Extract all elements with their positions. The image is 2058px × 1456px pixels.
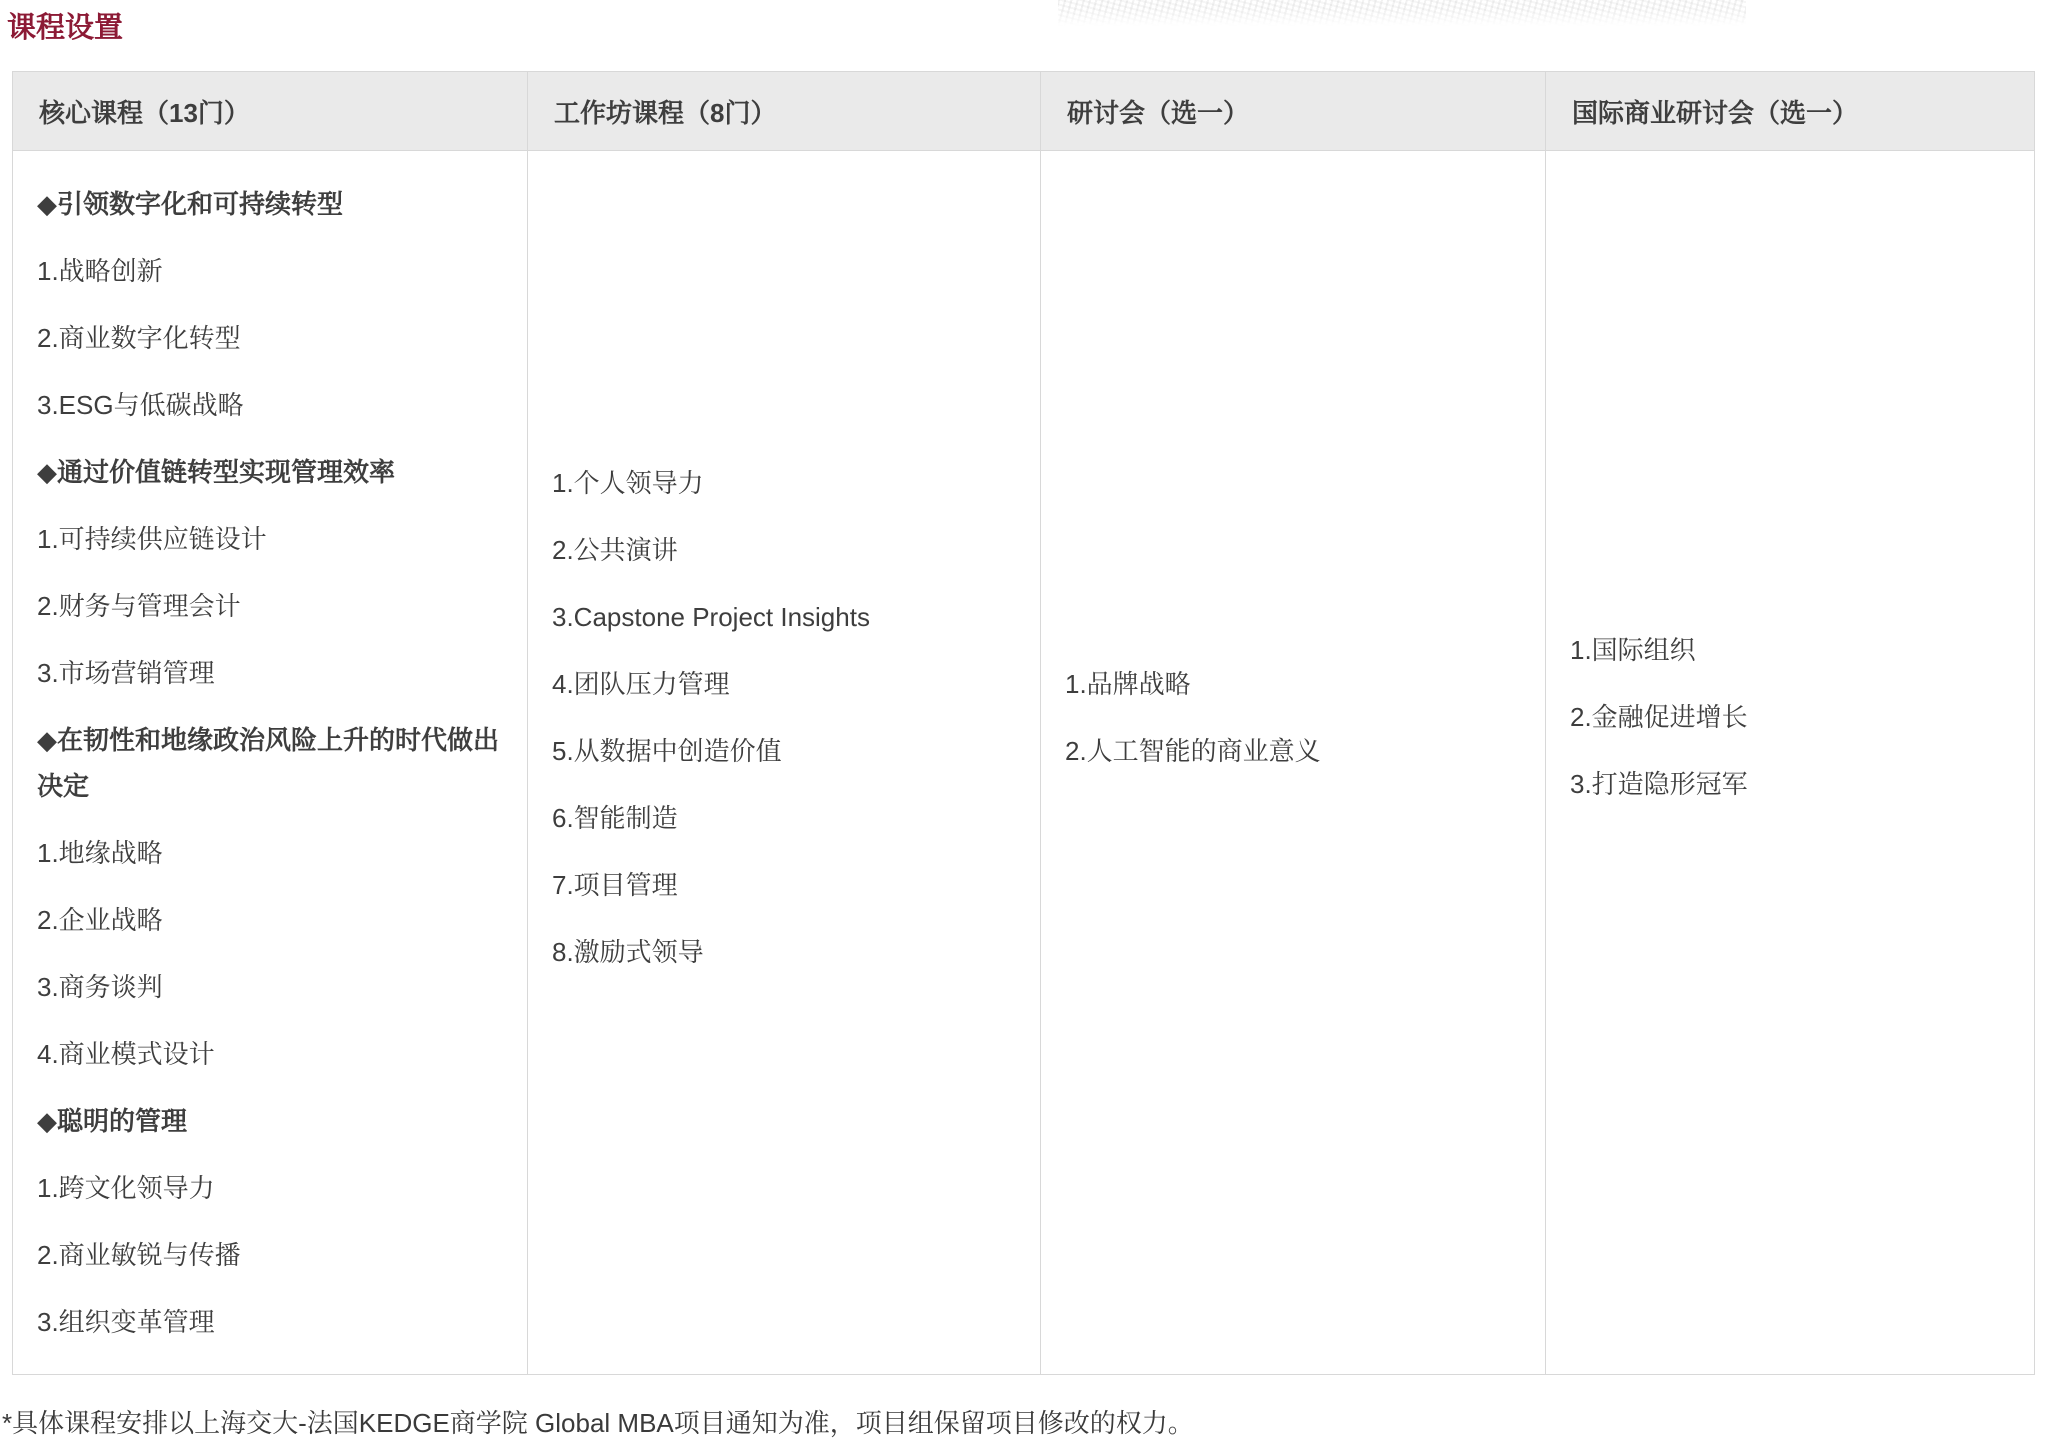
course-group-heading: ◆通过价值链转型实现管理效率	[37, 449, 509, 495]
course-item: 1.国际组织	[1570, 627, 2016, 673]
column-header-1: 核心课程（13门）	[13, 72, 528, 151]
course-item: 6.智能制造	[552, 795, 1022, 841]
course-item: 4.商业模式设计	[37, 1031, 509, 1077]
column-header-2: 工作坊课程（8门）	[528, 72, 1041, 151]
course-item: 8.激励式领导	[552, 929, 1022, 975]
column-cell-2: 1.个人领导力2.公共演讲3.Capstone Project Insights…	[528, 151, 1041, 1375]
course-item: 2.商业数字化转型	[37, 315, 509, 361]
course-item: 1.品牌战略	[1065, 661, 1527, 707]
course-item: 3.市场营销管理	[37, 650, 509, 696]
course-item: 3.组织变革管理	[37, 1299, 509, 1345]
curriculum-table: 核心课程（13门）工作坊课程（8门）研讨会（选一）国际商业研讨会（选一） ◆引领…	[12, 71, 2035, 1375]
course-item: 1.地缘战略	[37, 830, 509, 876]
course-item: 2.公共演讲	[552, 527, 1022, 573]
course-group-heading: ◆聪明的管理	[37, 1098, 509, 1144]
section-title: 课程设置	[7, 8, 2058, 48]
course-item: 2.企业战略	[37, 897, 509, 943]
table-header-row: 核心课程（13门）工作坊课程（8门）研讨会（选一）国际商业研讨会（选一）	[13, 72, 2035, 151]
course-item: 2.商业敏锐与传播	[37, 1232, 509, 1278]
course-item: 3.商务谈判	[37, 964, 509, 1010]
table-body-row: ◆引领数字化和可持续转型1.战略创新2.商业数字化转型3.ESG与低碳战略◆通过…	[13, 151, 2035, 1375]
course-item: 2.财务与管理会计	[37, 583, 509, 629]
page-top-texture	[1058, 0, 1746, 26]
column-cell-4: 1.国际组织2.金融促进增长3.打造隐形冠军	[1546, 151, 2035, 1375]
course-item: 2.金融促进增长	[1570, 694, 2016, 740]
course-item: 7.项目管理	[552, 862, 1022, 908]
course-item: 3.打造隐形冠军	[1570, 761, 2016, 807]
course-item: 2.人工智能的商业意义	[1065, 728, 1527, 774]
column-header-4: 国际商业研讨会（选一）	[1546, 72, 2035, 151]
column-cell-1: ◆引领数字化和可持续转型1.战略创新2.商业数字化转型3.ESG与低碳战略◆通过…	[13, 151, 528, 1375]
column-cell-3: 1.品牌战略2.人工智能的商业意义	[1041, 151, 1546, 1375]
course-group-heading: ◆引领数字化和可持续转型	[37, 181, 509, 227]
course-item: 1.战略创新	[37, 248, 509, 294]
course-item: 1.个人领导力	[552, 460, 1022, 506]
course-item: 1.跨文化领导力	[37, 1165, 509, 1211]
course-item: 1.可持续供应链设计	[37, 516, 509, 562]
curriculum-footnote: *具体课程安排以上海交大-法国KEDGE商学院 Global MBA项目通知为准…	[2, 1403, 2058, 1443]
course-item: 3.ESG与低碳战略	[37, 382, 509, 428]
course-group-heading: ◆在韧性和地缘政治风险上升的时代做出决定	[37, 717, 509, 809]
column-header-3: 研讨会（选一）	[1041, 72, 1546, 151]
course-item: 5.从数据中创造价值	[552, 728, 1022, 774]
course-item: 4.团队压力管理	[552, 661, 1022, 707]
course-item: 3.Capstone Project Insights	[552, 594, 1022, 640]
